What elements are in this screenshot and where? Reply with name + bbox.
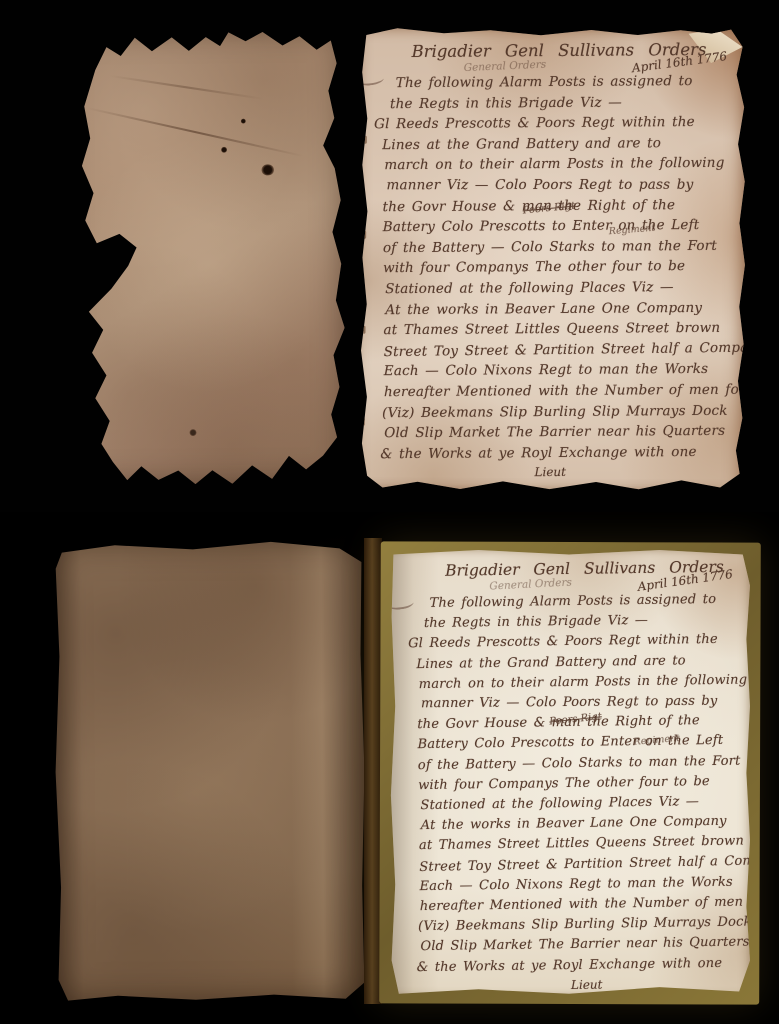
manuscript-line: & the Works at ye Royl Exchange with one	[380, 441, 734, 464]
manuscript-line: of the Battery — Colo Starks to man the …	[383, 235, 733, 258]
manuscript-line: Stationed at the following Places Viz —	[385, 277, 733, 300]
manuscript-line: (Viz) Beekmans Slip Burling Slip Murrays…	[382, 400, 734, 423]
manuscript-line: hereafter Mentioned with the Number of m…	[384, 380, 734, 403]
stain-spot	[261, 164, 274, 175]
manuscript-line: At the works in Beaver Lane One Company	[385, 297, 733, 320]
manuscript-line: at Thames Street Littles Queens Street b…	[383, 318, 733, 341]
stain-spot	[189, 429, 196, 436]
photo-bottom-panel: Brigadier Genl Sullivans Orders General …	[0, 512, 779, 1024]
detached-cover-leaf	[58, 27, 346, 485]
margin-scribble	[357, 73, 384, 87]
manuscript-line: the Regts in this Brigade Viz —	[390, 91, 732, 114]
manuscript-line: Each — Colo Nixons Regt to man the Works	[384, 359, 734, 382]
crease-line	[109, 74, 264, 99]
stain-spot	[94, 275, 104, 283]
annotation-general-orders: General Orders	[489, 577, 572, 593]
manuscript-line: with four Companys The other four to be	[383, 256, 733, 279]
manuscript-line: march on to their alarm Posts in the fol…	[384, 153, 732, 176]
manuscript-line: Street Toy Street & Partition Street hal…	[384, 338, 734, 363]
inside-front-cover	[52, 539, 367, 1003]
manuscript-line: The following Alarm Posts is assigned to	[396, 71, 732, 94]
manuscript-lines: The following Alarm Posts is assigned to…	[382, 71, 735, 465]
manuscript-page-top: Brigadier Genl Sullivans Orders General …	[355, 26, 746, 493]
manuscript-line: Lines at the Grand Battery and are to	[382, 133, 732, 156]
manuscript-catchword: Lieut	[534, 464, 734, 479]
manuscript-text: Brigadier Genl Sullivans Orders General …	[355, 26, 746, 493]
manuscript-line: Old Slip Market The Barrier near his Qua…	[384, 421, 734, 444]
manuscript-line: manner Viz — Colo Poors Regt to pass by	[386, 175, 732, 196]
manuscript-line: Battery Colo Prescotts to Enter on the L…	[383, 215, 733, 238]
photo-top-panel: Brigadier Genl Sullivans Orders General …	[0, 0, 779, 512]
manuscript-text: Brigadier Genl Sullivans Orders General …	[388, 550, 750, 996]
stain-spot	[241, 119, 246, 124]
crease-line	[87, 107, 304, 157]
manuscript-lines: The following Alarm Posts is assigned to…	[415, 590, 742, 978]
open-book: Brigadier Genl Sullivans Orders General …	[52, 530, 754, 1014]
manuscript-line: manner Viz — Colo Poors Regt to pass by	[421, 691, 739, 714]
manuscript-page-bottom: Brigadier Genl Sullivans Orders General …	[388, 550, 750, 996]
photo-collage: Brigadier Genl Sullivans Orders General …	[0, 0, 779, 1024]
manuscript-line: Gl Reeds Prescotts & Poors Regt within t…	[374, 112, 732, 135]
manuscript-line: & the Works at ye Royl Exchange with one	[417, 953, 743, 978]
stain-spot	[221, 146, 227, 152]
